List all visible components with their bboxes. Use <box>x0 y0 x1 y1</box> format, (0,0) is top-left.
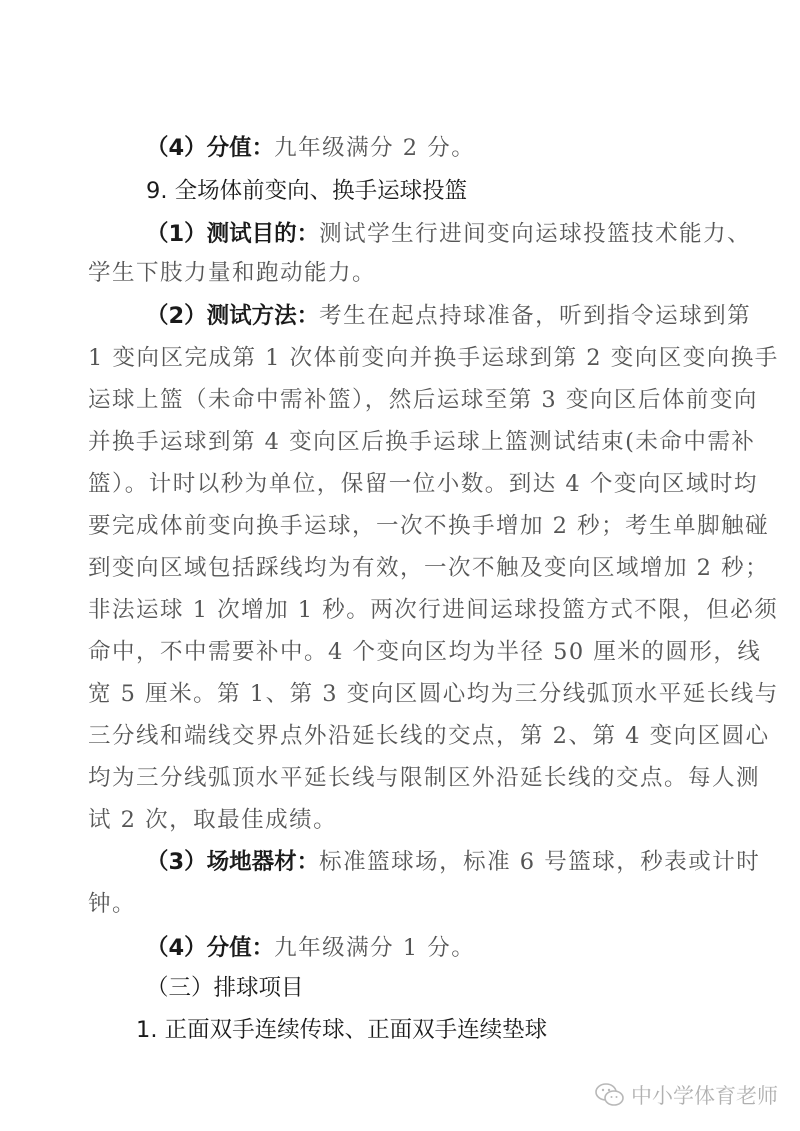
paragraph-line: 非法运球 1 次增加 1 秒。两次行进间运球投篮方式不限，但必须 <box>88 595 712 625</box>
section-heading: 9. 全场体前变向、换手运球投篮 <box>146 176 770 206</box>
subsection-heading: 1. 正面双手连续传球、正面双手连续垫球 <box>136 1015 760 1045</box>
item-text: 标准篮球场，标准 6 号篮球，秒表或计时 <box>319 849 760 875</box>
score-line: （4）分值：九年级满分 1 分。 <box>146 933 712 963</box>
paragraph-line: 宽 5 厘米。第 1、第 3 变向区圆心均为三分线弧顶水平延长线与 <box>88 679 712 709</box>
item-text: 测试学生行进间变向运球投篮技术能力、 <box>319 221 751 247</box>
item-text: 九年级满分 2 分。 <box>274 135 475 161</box>
wechat-icon <box>595 1082 625 1108</box>
score-line: （4）分值：九年级满分 2 分。 <box>146 133 712 163</box>
paragraph-line: 篮）。计时以秒为单位，保留一位小数。到达 4 个变向区域时均 <box>88 469 712 499</box>
paragraph-line: 并换手运球到第 4 变向区后换手运球上篮测试结束(未命中需补 <box>88 427 712 457</box>
watermark: 中小学体育老师 <box>595 1080 778 1110</box>
paragraph-line: 要完成体前变向换手运球，一次不换手增加 2 秒；考生单脚触碰 <box>88 511 712 541</box>
document-page: （4）分值：九年级满分 2 分。 9. 全场体前变向、换手运球投篮 （1）测试目… <box>0 0 800 1131</box>
paragraph-line: 学生下肢力量和跑动能力。 <box>88 258 712 288</box>
item-label: （4）分值： <box>146 935 274 961</box>
purpose-line: （1）测试目的：测试学生行进间变向运球投篮技术能力、 <box>146 219 712 249</box>
paragraph-line: 运球上篮（未命中需补篮），然后运球至第 3 变向区后体前变向 <box>88 385 712 415</box>
item-label: （4）分值： <box>146 135 274 161</box>
equipment-line: （3）场地器材：标准篮球场，标准 6 号篮球，秒表或计时 <box>146 847 712 877</box>
paragraph-line: 试 2 次，取最佳成绩。 <box>88 805 712 835</box>
watermark-text: 中小学体育老师 <box>631 1080 778 1110</box>
paragraph-line: 均为三分线弧顶水平延长线与限制区外沿延长线的交点。每人测 <box>88 763 712 793</box>
item-label: （3）场地器材： <box>146 849 319 875</box>
item-label: （1）测试目的： <box>146 221 319 247</box>
paragraph-line: 1 变向区完成第 1 次体前变向并换手运球到第 2 变向区变向换手 <box>88 343 712 373</box>
paragraph-line: 三分线和端线交界点外沿延长线的交点，第 2、第 4 变向区圆心 <box>88 721 712 751</box>
item-text: 考生在起点持球准备，听到指令运球到第 <box>319 303 751 329</box>
paragraph-line: 命中，不中需要补中。4 个变向区均为半径 50 厘米的圆形，线 <box>88 637 712 667</box>
item-text: 九年级满分 1 分。 <box>274 935 475 961</box>
paragraph-line: 钟。 <box>88 889 712 919</box>
item-label: （2）测试方法： <box>146 303 319 329</box>
paragraph-line: 到变向区域包括踩线均为有效，一次不触及变向区域增加 2 秒； <box>88 553 712 583</box>
method-line: （2）测试方法：考生在起点持球准备，听到指令运球到第 <box>146 301 712 331</box>
section-heading: （三）排球项目 <box>146 973 770 1003</box>
